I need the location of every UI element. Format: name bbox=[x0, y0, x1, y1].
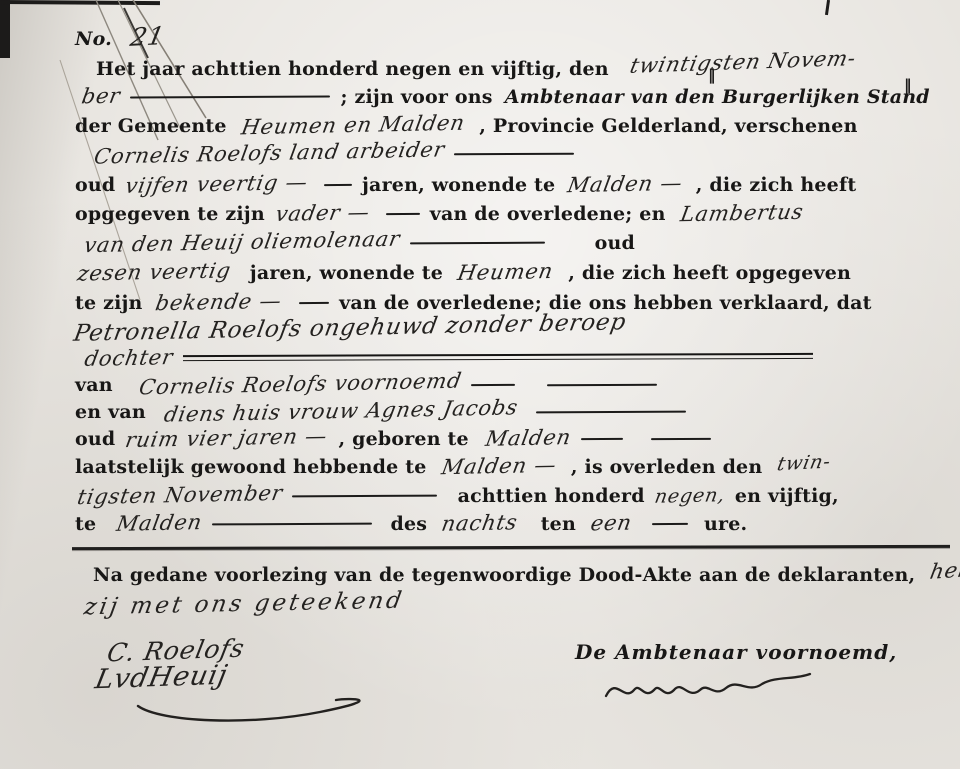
form-line-16: tigsten November achttien honderd negen,… bbox=[78, 483, 839, 507]
handwritten-municipality: Heumen en Malden bbox=[239, 111, 466, 140]
ink-stroke bbox=[581, 438, 623, 440]
ink-stroke bbox=[130, 95, 330, 98]
form-line-9: te zijn bekende — van de overledene; die… bbox=[75, 290, 872, 314]
handwritten-declarant2-firstname: Lambertus bbox=[678, 200, 805, 227]
form-line-6: opgegeven te zijn vader — van de overled… bbox=[75, 201, 803, 225]
printed-text: te zijn bbox=[75, 292, 143, 314]
ink-stroke bbox=[386, 213, 420, 215]
printed-text: jaren, wonende te bbox=[250, 262, 443, 284]
form-line-10: Petronella Roelofs ongehuwd zonder beroe… bbox=[75, 315, 625, 341]
handwritten-declarant1-name: Cornelis Roelofs land arbeider bbox=[92, 137, 447, 168]
printed-text: van bbox=[75, 374, 113, 396]
official-signature bbox=[598, 666, 838, 716]
form-line-15: laatstelijk gewoond hebbende te Malden —… bbox=[75, 454, 830, 478]
official-title-text: De Ambtenaar voornoemd, bbox=[575, 640, 897, 664]
printed-text: des bbox=[390, 513, 427, 535]
printed-text: oud bbox=[75, 428, 115, 450]
handwritten-death-place: Malden bbox=[115, 510, 204, 536]
act-number: No. 21 bbox=[75, 22, 164, 51]
handwritten-residence1: Malden — bbox=[566, 171, 685, 197]
form-line-5: oud vijfen veertig — jaren, wonende te M… bbox=[75, 172, 856, 196]
form-line-8: zesen veertig jaren, wonende te Heumen ,… bbox=[78, 260, 851, 284]
ink-stroke bbox=[410, 242, 545, 245]
handwritten-death-year-word: negen, bbox=[653, 484, 727, 507]
ink-stroke bbox=[299, 302, 329, 304]
form-line-7: van den Heuij oliemolenaar oud bbox=[85, 230, 635, 254]
ink-stroke bbox=[212, 523, 372, 526]
form-line-12: van Cornelis Roelofs voornoemd bbox=[75, 372, 662, 396]
ink-stroke bbox=[324, 184, 352, 186]
handwritten-hour: een bbox=[589, 511, 634, 536]
printed-text: der Gemeente bbox=[75, 115, 227, 137]
form-line-1: Het jaar achttien honderd negen en vijft… bbox=[96, 56, 854, 80]
ink-stroke bbox=[471, 384, 515, 386]
form-line-14: oud ruim vier jaren — , geboren te Malde… bbox=[75, 426, 716, 450]
handwritten-deceased-age: ruim vier jaren — bbox=[124, 424, 330, 452]
printed-text: , is overleden den bbox=[571, 456, 762, 478]
handwritten-deceased-relation: dochter bbox=[83, 345, 175, 371]
ink-stroke bbox=[454, 153, 574, 156]
form-line-3: der Gemeente Heumen en Malden , Provinci… bbox=[75, 113, 858, 137]
handwritten-age1: vijfen veertig — bbox=[124, 170, 310, 198]
signature-declarant-2: LvdHeuij bbox=[96, 662, 227, 693]
printed-text: ure. bbox=[704, 513, 747, 535]
handwritten-deceased-name: Petronella Roelofs ongehuwd zonder beroe… bbox=[72, 309, 629, 347]
scan-speck-top bbox=[825, 0, 830, 15]
printed-text: , geboren te bbox=[338, 428, 468, 450]
printed-text: van de overledene; en bbox=[430, 203, 666, 225]
closing-line-1: Na gedane voorlezing van de tegenwoordig… bbox=[93, 562, 960, 586]
form-line-13: en van diens huis vrouw Agnes Jacobs bbox=[75, 399, 691, 423]
printed-text: oud bbox=[595, 232, 635, 254]
act-number-label: No. bbox=[75, 28, 112, 50]
handwritten-relation2: bekende — bbox=[153, 289, 283, 316]
signature-text: LvdHeuij bbox=[92, 660, 230, 696]
printed-text: achttien honderd bbox=[458, 485, 645, 507]
printed-text: ; zijn voor ons bbox=[341, 86, 493, 108]
ink-stroke bbox=[547, 384, 657, 387]
handwritten-date-part2: ber bbox=[80, 84, 123, 109]
printed-text: opgegeven te zijn bbox=[75, 203, 265, 225]
printed-text: , Provincie Gelderland, verschenen bbox=[479, 115, 857, 137]
handwritten-last-residence: Malden — bbox=[439, 453, 558, 479]
section-divider-rule bbox=[72, 545, 950, 550]
handwritten-declarant2-name: van den Heuij oliemolenaar bbox=[82, 227, 402, 258]
printed-text: , die zich heeft opgegeven bbox=[568, 262, 851, 284]
form-line-17: te Malden des nachts ten een ure. bbox=[75, 511, 747, 535]
act-number-value: 21 bbox=[128, 21, 168, 52]
handwritten-birthplace: Malden bbox=[484, 425, 573, 451]
ink-stroke bbox=[652, 523, 688, 525]
closing-line-2: zij met ons geteekend bbox=[85, 591, 404, 617]
handwritten-age2: zesen veertig bbox=[76, 258, 233, 285]
form-line-4: Cornelis Roelofs land arbeider bbox=[95, 141, 579, 165]
printed-text: te bbox=[75, 513, 96, 535]
signature-flourish bbox=[120, 692, 420, 732]
handwritten-hebben: hebben bbox=[929, 554, 960, 584]
printed-text: Het jaar achttien honderd negen en vijft… bbox=[96, 58, 609, 80]
handwritten-geteekend: zij met ons geteekend bbox=[82, 588, 406, 621]
handwritten-death-date-part2: tigsten November bbox=[76, 481, 285, 509]
printed-text: Na gedane voorlezing van de tegenwoordig… bbox=[93, 564, 915, 586]
ink-stroke bbox=[536, 411, 686, 414]
death-certificate-scan: ‖ ‖ No. 21 Het jaar achttien honderd neg… bbox=[0, 0, 960, 769]
handwritten-time-of-day: nachts bbox=[440, 510, 520, 536]
handwritten-death-date-part1: twin- bbox=[776, 451, 834, 476]
handwritten-residence2: Heumen bbox=[456, 259, 555, 285]
printed-text: jaren, wonende te bbox=[362, 174, 555, 196]
printed-text: ten bbox=[541, 513, 576, 535]
printed-text: laatstelijk gewoond hebbende te bbox=[75, 456, 426, 478]
handwritten-date-part1: twintigsten Novem- bbox=[628, 46, 859, 78]
handwritten-relation1: vader — bbox=[274, 200, 372, 226]
official-title: De Ambtenaar voornoemd, bbox=[575, 640, 897, 664]
handwritten-mother-name: diens huis vrouw Agnes Jacobs bbox=[162, 395, 520, 426]
printed-text-italic: Ambtenaar van den Burgerlijken Stand bbox=[505, 86, 930, 108]
ink-stroke bbox=[651, 438, 711, 440]
printed-text: , die zich heeft bbox=[696, 174, 857, 196]
ink-stroke bbox=[183, 353, 813, 361]
ink-stroke bbox=[292, 495, 437, 498]
handwritten-father-name: Cornelis Roelofs voornoemd bbox=[137, 369, 463, 400]
printed-text: en vijftig, bbox=[735, 485, 839, 507]
form-line-11: dochter bbox=[85, 346, 818, 370]
form-line-2: ber ; zijn voor ons Ambtenaar van den Bu… bbox=[82, 84, 930, 108]
printed-text: oud bbox=[75, 174, 115, 196]
printed-text: en van bbox=[75, 401, 146, 423]
